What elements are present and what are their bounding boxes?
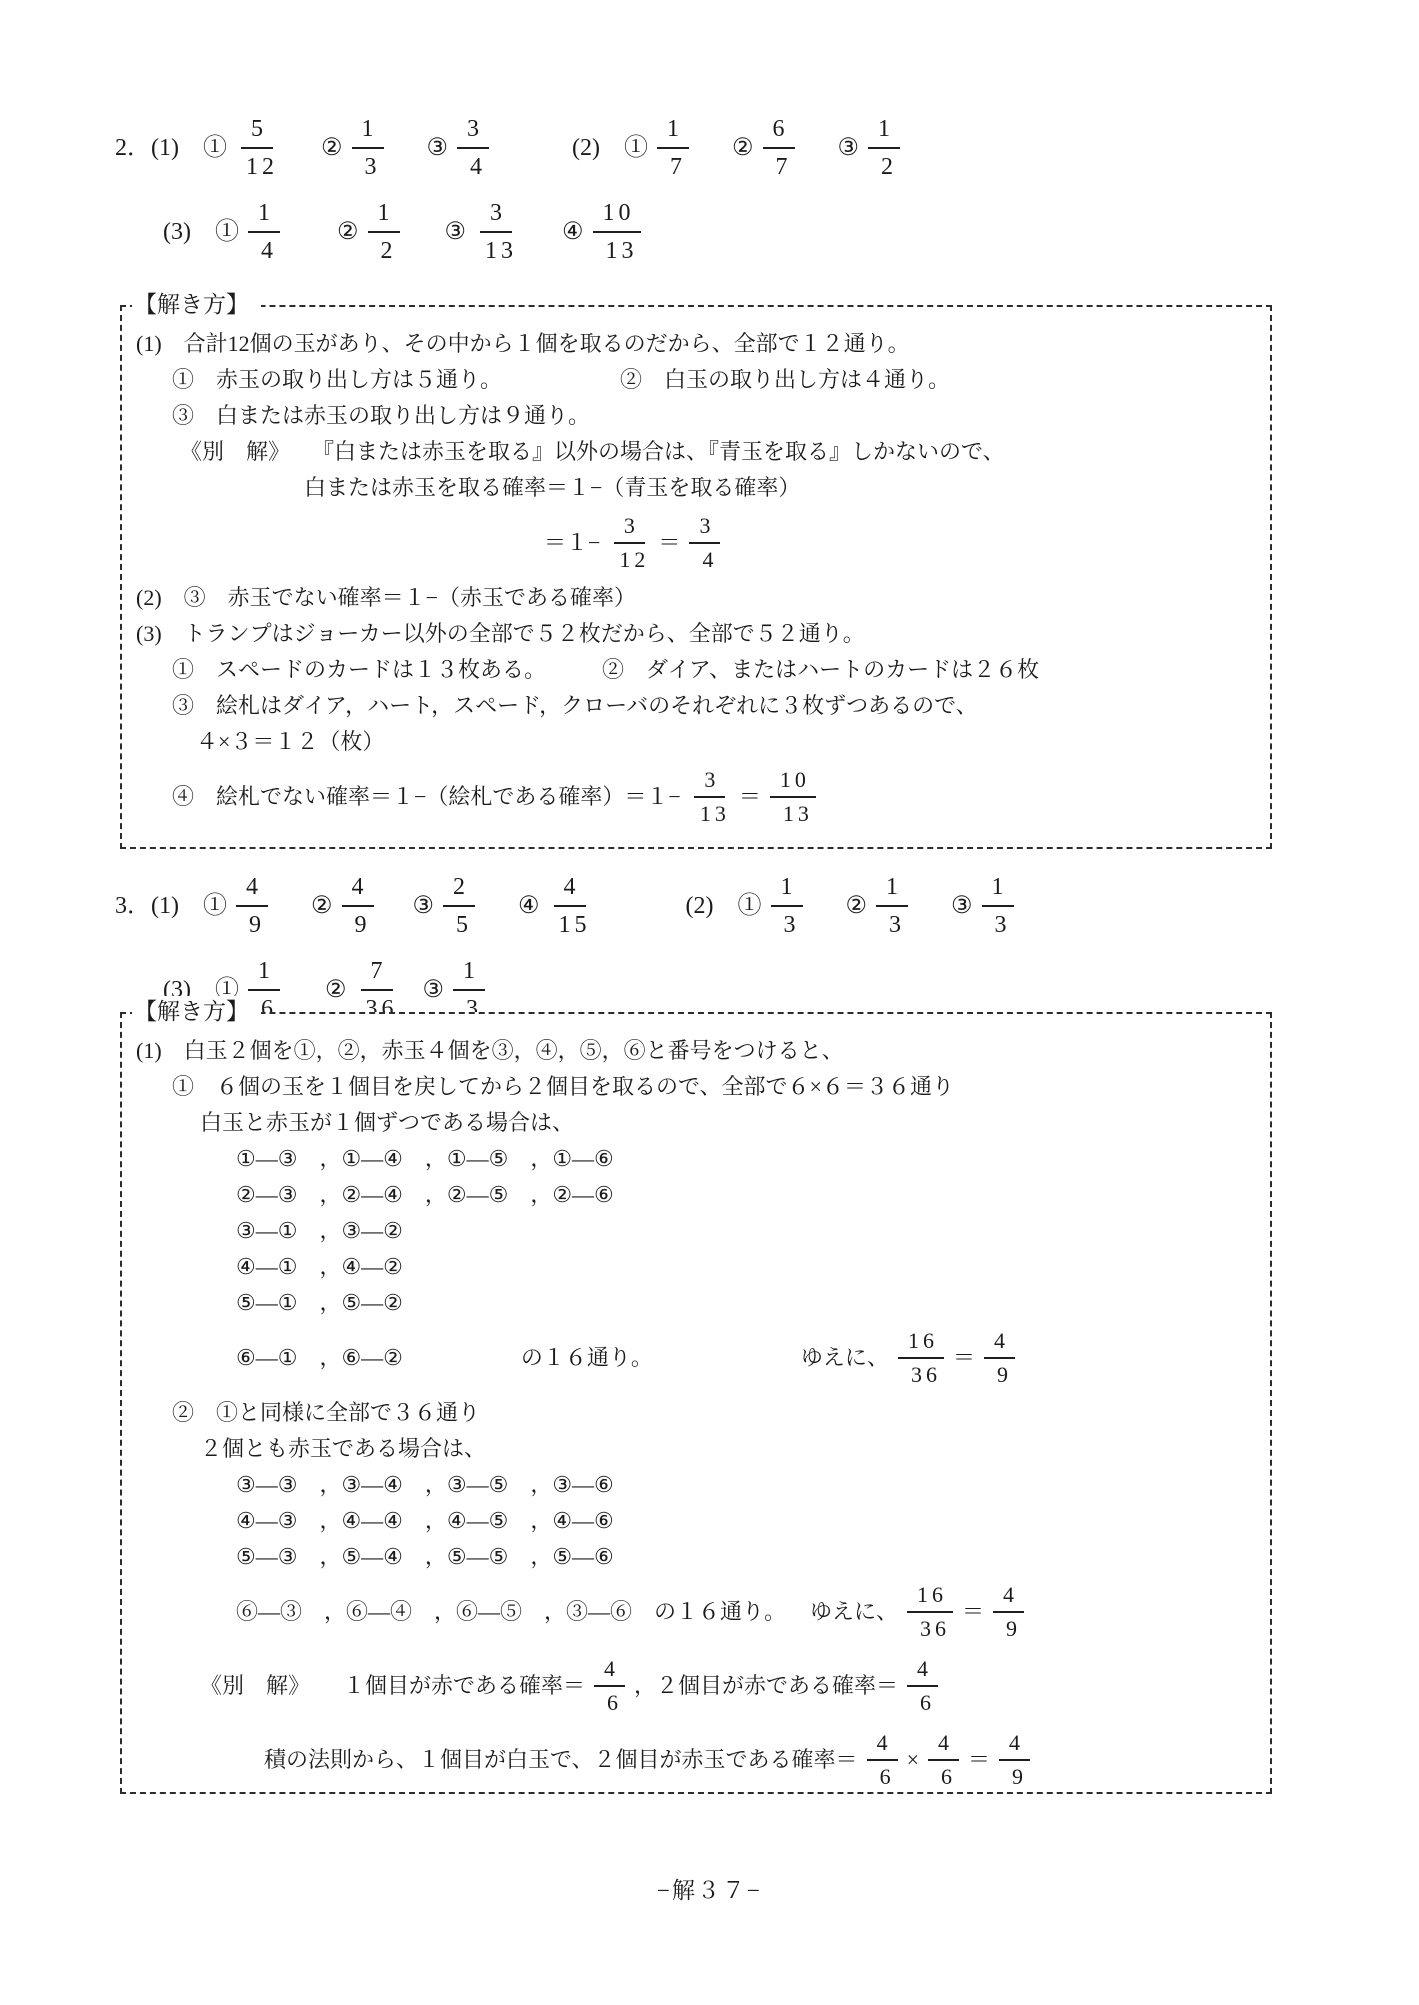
fraction-denominator: 6 [870,1761,895,1792]
text-segment: (2) ① [572,131,648,165]
problem3-solution-lines: (1) 白玉２個を①，②，赤玉４個を③，④，⑤，⑥と番号をつけると、① ６個の玉… [122,1014,1270,1808]
fraction: 12 [368,196,400,268]
text-segment: 《別 解》 １個目が赤である確率＝ [200,1671,585,1701]
gap-spacer [917,906,951,907]
text-line: (3) ①14②12③313④1013 [115,194,909,270]
fraction-numerator: 1 [876,870,908,907]
fraction-numerator: 16 [898,1326,944,1359]
gap-spacer [502,380,620,381]
fraction-denominator: 4 [251,233,277,268]
text-segment: 3．(1) ① [115,889,227,923]
text-segment: ④―① ，④―② [236,1252,403,1282]
fraction-numerator: 2 [443,870,475,907]
fraction-denominator: 9 [996,1613,1021,1644]
text-line: ① ６個の玉を１個目を戻してから２個目を取るので、全部で６×６＝３６通り [136,1072,1260,1102]
fraction-numerator: 10 [770,765,816,798]
text-segment: ② ①と同様に全部で３６通り [172,1398,480,1428]
fraction-denominator: 13 [773,798,813,829]
text-segment: ② [325,973,347,1007]
fraction-denominator: 36 [901,1359,941,1390]
fraction-numerator: 3 [689,511,720,544]
gap-spacer [403,1358,521,1359]
fraction-numerator: 4 [342,870,374,907]
gap-spacer [786,1612,810,1613]
fraction-numerator: 3 [480,196,512,233]
fraction: 34 [457,112,489,184]
text-segment: ＝ [968,1745,990,1775]
text-line: ②―③ ，②―④ ，②―⑤ ，②―⑥ [136,1180,1260,1210]
fraction: 49 [236,870,268,942]
text-line: ④ 絵札でない確率＝１−（絵札である確率）＝１−313＝1013 [136,763,1260,831]
document-page: 2．(1) ①512②13③34(2) ①17②67③12(3) ①14②12③… [0,0,1419,2005]
fraction-numerator: 4 [993,1580,1024,1613]
text-segment: ＝ [953,1343,975,1373]
text-segment: ① スペードのカードは１３枚ある。 [172,655,546,685]
text-line: (3) トランプはジョーカー以外の全部で５２枚だから、全部で５２通り。 [136,619,1260,649]
text-line: 2．(1) ①512②13③34(2) ①17②67③12 [115,110,909,186]
fraction: 312 [609,511,649,575]
solution-box-legend: 【解き方】 [132,289,261,321]
text-line: ④―① ，④―② [136,1252,1260,1282]
fraction-numerator: 1 [868,112,900,149]
fraction: 13 [876,870,908,942]
fraction-numerator: 1 [248,196,280,233]
fraction-denominator: 3 [774,907,800,942]
problem3-solution-box: 【解き方】 (1) 白玉２個を①，②，赤玉４個を③，④，⑤，⑥と番号をつけると、… [120,1012,1272,1794]
fraction: 49 [999,1728,1030,1792]
text-line: ① 赤玉の取り出し方は５通り。② 白玉の取り出し方は４通り。 [136,365,1260,395]
text-segment: ⑥―③ ，⑥―④ ，⑥―⑤ ，③―⑥ の１６通り。 [236,1597,786,1627]
text-segment: ２個とも赤玉である場合は、 [200,1434,486,1464]
text-segment: (3) トランプはジョーカー以外の全部で５２枚だから、全部で５２通り。 [136,619,865,649]
text-line: 《別 解》 １個目が赤である確率＝46，２個目が赤である確率＝46 [136,1652,1260,1720]
fraction-numerator: 1 [368,196,400,233]
text-line: ＝１−312＝34 [136,509,1260,577]
text-line: ③ 白または赤玉の取り出し方は９通り。 [136,401,1260,431]
gap-spacer [812,906,846,907]
gap-spacer [277,906,311,907]
text-line: 積の法則から、１個目が白玉で、２個目が赤玉である確率＝46×46＝49 [136,1726,1260,1794]
text-segment: ③ [423,973,445,1007]
text-segment: ⑥―① ，⑥―② [236,1343,403,1373]
fraction-numerator: 5 [241,112,273,149]
fraction-numerator: 16 [907,1580,953,1613]
fraction-denominator: 7 [660,149,686,184]
fraction-numerator: 4 [928,1728,959,1761]
fraction-denominator: 13 [690,798,730,829]
gap-spacer [407,990,423,991]
fraction-denominator: 2 [871,149,897,184]
text-segment: (2) ① [686,889,762,923]
fraction: 67 [763,112,795,184]
text-segment: ③ [951,889,973,923]
text-segment: ② ダイア、またはハートのカードは２６枚 [602,655,1039,685]
text-segment: ④ [518,889,540,923]
gap-spacer [484,906,518,907]
fraction: 12 [868,112,900,184]
text-segment: ⑤―③ ，⑤―④ ，⑤―⑤ ，⑤―⑥ [236,1542,614,1572]
text-line: 3．(1) ①49②49③25④415(2) ①13②13③13 [115,868,1023,944]
text-segment: ４×３＝１２（枚） [196,727,384,757]
text-segment: ③ [838,131,860,165]
fraction-numerator: 4 [984,1326,1015,1359]
fraction-denominator: 12 [609,544,649,575]
fraction-denominator: 3 [879,907,905,942]
gap-spacer [526,232,562,233]
text-segment: ④ 絵札でない確率＝１−（絵札である確率）＝１− [172,782,681,812]
fraction-denominator: 9 [1002,1761,1027,1792]
gap-spacer [653,1358,801,1359]
fraction-denominator: 9 [987,1359,1012,1390]
text-segment: (1) 白玉２個を①，②，赤玉４個を③，④，⑤，⑥と番号をつけると、 [136,1036,844,1066]
gap-spacer [383,906,413,907]
text-segment: 積の法則から、１個目が白玉で、２個目が赤玉である確率＝ [264,1745,858,1775]
fraction: 49 [993,1580,1024,1644]
text-segment: 《別 解》 『白または赤玉を取る』以外の場合は、『青玉を取る』しかないので、 [180,437,1005,467]
fraction: 1636 [898,1326,944,1390]
text-segment: ③ [427,131,449,165]
text-segment: ，２個目が赤である確率＝ [634,1671,898,1701]
text-segment: ② [337,215,359,249]
fraction-numerator: 3 [457,112,489,149]
fraction-numerator: 10 [593,196,641,233]
fraction-numerator: 6 [763,112,795,149]
fraction: 13 [982,870,1014,942]
gap-spacer [498,148,572,149]
fraction-denominator: 6 [910,1687,935,1718]
text-segment: ＝ [739,782,761,812]
fraction: 1013 [593,196,641,268]
gap-spacer [409,232,445,233]
gap-spacer [287,148,321,149]
text-line: ⑤―③ ，⑤―④ ，⑤―⑤ ，⑤―⑥ [136,1542,1260,1572]
fraction-numerator: 4 [594,1654,625,1687]
text-line: ③―① ，③―② [136,1216,1260,1246]
text-line: ⑥―③ ，⑥―④ ，⑥―⑤ ，③―⑥ の１６通り。ゆえに、1636＝49 [136,1578,1260,1646]
text-line: ４×３＝１２（枚） [136,727,1260,757]
fraction-denominator: 4 [692,544,717,575]
fraction-numerator: 4 [236,870,268,907]
text-segment: 白または赤玉を取る確率＝１−（青玉を取る確率） [304,473,800,503]
text-segment: × [907,1745,919,1775]
fraction: 49 [342,870,374,942]
text-segment: ゆえに、 [810,1597,898,1627]
fraction: 415 [549,870,591,942]
gap-spacer [546,670,602,671]
fraction-denominator: 15 [549,907,591,942]
text-line: (2) ③ 赤玉でない確率＝１−（赤玉である確率） [136,583,1260,613]
text-line: 白玉と赤玉が１個ずつである場合は、 [136,1108,1260,1138]
fraction: 512 [236,112,278,184]
problem2-solution-lines: (1) 合計12個の玉があり、その中から１個を取るのだから、全部で１２通り。① … [122,307,1270,845]
text-segment: ゆえに、 [801,1343,889,1373]
text-segment: ③ [413,889,435,923]
fraction: 49 [984,1326,1015,1390]
solution-box-legend: 【解き方】 [132,996,261,1028]
fraction-numerator: 1 [657,112,689,149]
text-line: 《別 解》 『白または赤玉を取る』以外の場合は、『青玉を取る』しかないので、 [136,437,1260,467]
fraction-denominator: 13 [596,233,638,268]
fraction-denominator: 6 [597,1687,622,1718]
fraction-denominator: 9 [239,907,265,942]
fraction: 14 [248,196,280,268]
gap-spacer [698,148,732,149]
text-line: ④―③ ，④―④ ，④―⑤ ，④―⑥ [136,1506,1260,1536]
fraction: 46 [907,1654,938,1718]
fraction: 313 [475,196,517,268]
text-line: ⑤―① ，⑤―② [136,1288,1260,1318]
gap-spacer [289,232,337,233]
fraction-denominator: 7 [766,149,792,184]
text-line: ①―③ ，①―④ ，①―⑤ ，①―⑥ [136,1144,1260,1174]
text-segment: ⑤―① ，⑤―② [236,1288,403,1318]
text-segment: の１６通り。 [521,1343,653,1373]
fraction: 25 [443,870,475,942]
fraction-numerator: 1 [352,112,384,149]
fraction-numerator: 1 [982,870,1014,907]
fraction-numerator: 1 [248,954,280,991]
fraction-numerator: 4 [907,1654,938,1687]
fraction: 46 [867,1728,898,1792]
text-segment: ② [732,131,754,165]
text-line: (1) 合計12個の玉があり、その中から１個を取るのだから、全部で１２通り。 [136,329,1260,359]
text-line: ① スペードのカードは１３枚ある。② ダイア、またはハートのカードは２６枚 [136,655,1260,685]
text-segment: (3) ① [163,215,239,249]
text-segment: ③ 白または赤玉の取り出し方は９通り。 [172,401,590,431]
fraction: 46 [594,1654,625,1718]
fraction-numerator: 4 [867,1728,898,1761]
fraction-denominator: 36 [910,1613,950,1644]
problem2-answers: 2．(1) ①512②13③34(2) ①17②67③12(3) ①14②12③… [115,110,909,278]
text-segment: (2) ③ 赤玉でない確率＝１−（赤玉である確率） [136,583,636,613]
page-number: −解３７− [0,1872,1419,1905]
text-line: ⑥―① ，⑥―②の１６通り。ゆえに、1636＝49 [136,1324,1260,1392]
text-line: ２個とも赤玉である場合は、 [136,1434,1260,1464]
text-segment: ② [311,889,333,923]
text-segment: ③ 絵札はダイア，ハート，スペード，クローバのそれぞれに３枚ずつあるので、 [172,691,978,721]
text-line: ③ 絵札はダイア，ハート，スペード，クローバのそれぞれに３枚ずつあるので、 [136,691,1260,721]
text-segment: ②―③ ，②―④ ，②―⑤ ，②―⑥ [236,1180,614,1210]
fraction: 1013 [770,765,816,829]
gap-spacer [289,990,325,991]
text-segment: ② [846,889,868,923]
text-segment: ③ [445,215,467,249]
fraction: 13 [771,870,803,942]
fraction-numerator: 1 [771,870,803,907]
text-segment: (1) 合計12個の玉があり、その中から１個を取るのだから、全部で１２通り。 [136,329,910,359]
text-line: (1) 白玉２個を①，②，赤玉４個を③，④，⑤，⑥と番号をつけると、 [136,1036,1260,1066]
fraction-denominator: 5 [446,907,472,942]
fraction-denominator: 6 [931,1761,956,1792]
fraction: 13 [352,112,384,184]
fraction-denominator: 3 [985,907,1011,942]
text-segment: ③―① ，③―② [236,1216,403,1246]
text-segment: ＝ [658,528,680,558]
text-segment: ③―③ ，③―④ ，③―⑤ ，③―⑥ [236,1470,614,1500]
text-segment: ④ [562,215,584,249]
fraction-numerator: 3 [694,765,725,798]
text-segment: 2．(1) ① [115,131,227,165]
gap-spacer [600,906,686,907]
text-segment: ① 赤玉の取り出し方は５通り。 [172,365,502,395]
fraction-denominator: 9 [345,907,371,942]
fraction: 17 [657,112,689,184]
fraction-denominator: 12 [236,149,278,184]
fraction: 313 [690,765,730,829]
text-line: ③―③ ，③―④ ，③―⑤ ，③―⑥ [136,1470,1260,1500]
fraction-denominator: 3 [355,149,381,184]
fraction-numerator: 3 [614,511,645,544]
text-segment: ＝ [962,1597,984,1627]
fraction-denominator: 2 [371,233,397,268]
text-segment: ① ６個の玉を１個目を戻してから２個目を取るので、全部で６×６＝３６通り [172,1072,954,1102]
problem2-solution-box: 【解き方】 (1) 合計12個の玉があり、その中から１個を取るのだから、全部で１… [120,305,1272,849]
text-segment: ＝１− [544,528,600,558]
fraction-denominator: 4 [460,149,486,184]
text-segment: ④―③ ，④―④ ，④―⑤ ，④―⑥ [236,1506,614,1536]
fraction: 1636 [907,1580,953,1644]
fraction-numerator: 4 [999,1728,1030,1761]
text-line: 白または赤玉を取る確率＝１−（青玉を取る確率） [136,473,1260,503]
text-segment: ①―③ ，①―④ ，①―⑤ ，①―⑥ [236,1144,614,1174]
text-segment: 白玉と赤玉が１個ずつである場合は、 [200,1108,574,1138]
fraction-numerator: 7 [361,954,393,991]
fraction-denominator: 13 [475,233,517,268]
fraction: 46 [928,1728,959,1792]
gap-spacer [393,148,427,149]
gap-spacer [804,148,838,149]
fraction-numerator: 1 [453,954,485,991]
text-line: ② ①と同様に全部で３６通り [136,1398,1260,1428]
fraction-numerator: 4 [554,870,586,907]
text-segment: ② [321,131,343,165]
fraction: 34 [689,511,720,575]
text-segment: ② 白玉の取り出し方は４通り。 [620,365,950,395]
